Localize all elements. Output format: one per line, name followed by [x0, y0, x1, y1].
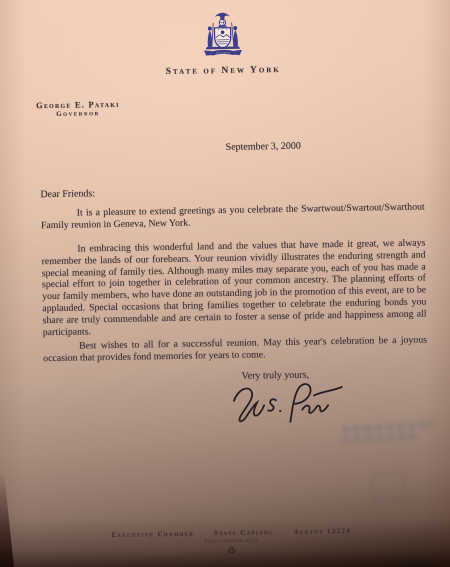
governor-signature: [230, 379, 346, 434]
footer-executive-chamber: Executive Chamber: [112, 530, 195, 539]
paragraph-2: In embracing this wonderful land and the…: [41, 238, 427, 339]
letter-date: September 3, 2000: [226, 141, 301, 153]
ghost-stamp-mark: [370, 472, 406, 504]
photographed-letter: EXCELSIOR State of New York George E. Pa…: [0, 0, 450, 567]
governor-title: Governor: [19, 110, 137, 119]
footer-albany-zip: Albany 12224: [294, 527, 352, 536]
ghost-stamp: [342, 418, 436, 463]
letter-page: EXCELSIOR State of New York George E. Pa…: [0, 0, 450, 567]
salutation: Dear Friends:: [40, 188, 95, 200]
seal-motto: EXCELSIOR: [216, 52, 230, 54]
paragraph-1: It is a pleasure to extend greetings as …: [41, 202, 425, 232]
paragraph-3: Best wishes to all for a successful reun…: [43, 335, 427, 365]
governor-name: George E. Pataki: [19, 99, 137, 111]
governor-letterhead-block: George E. Pataki Governor: [19, 99, 137, 119]
new-york-seal-icon: EXCELSIOR: [193, 11, 252, 70]
footer-state-capitol: State Capitol: [214, 528, 274, 537]
